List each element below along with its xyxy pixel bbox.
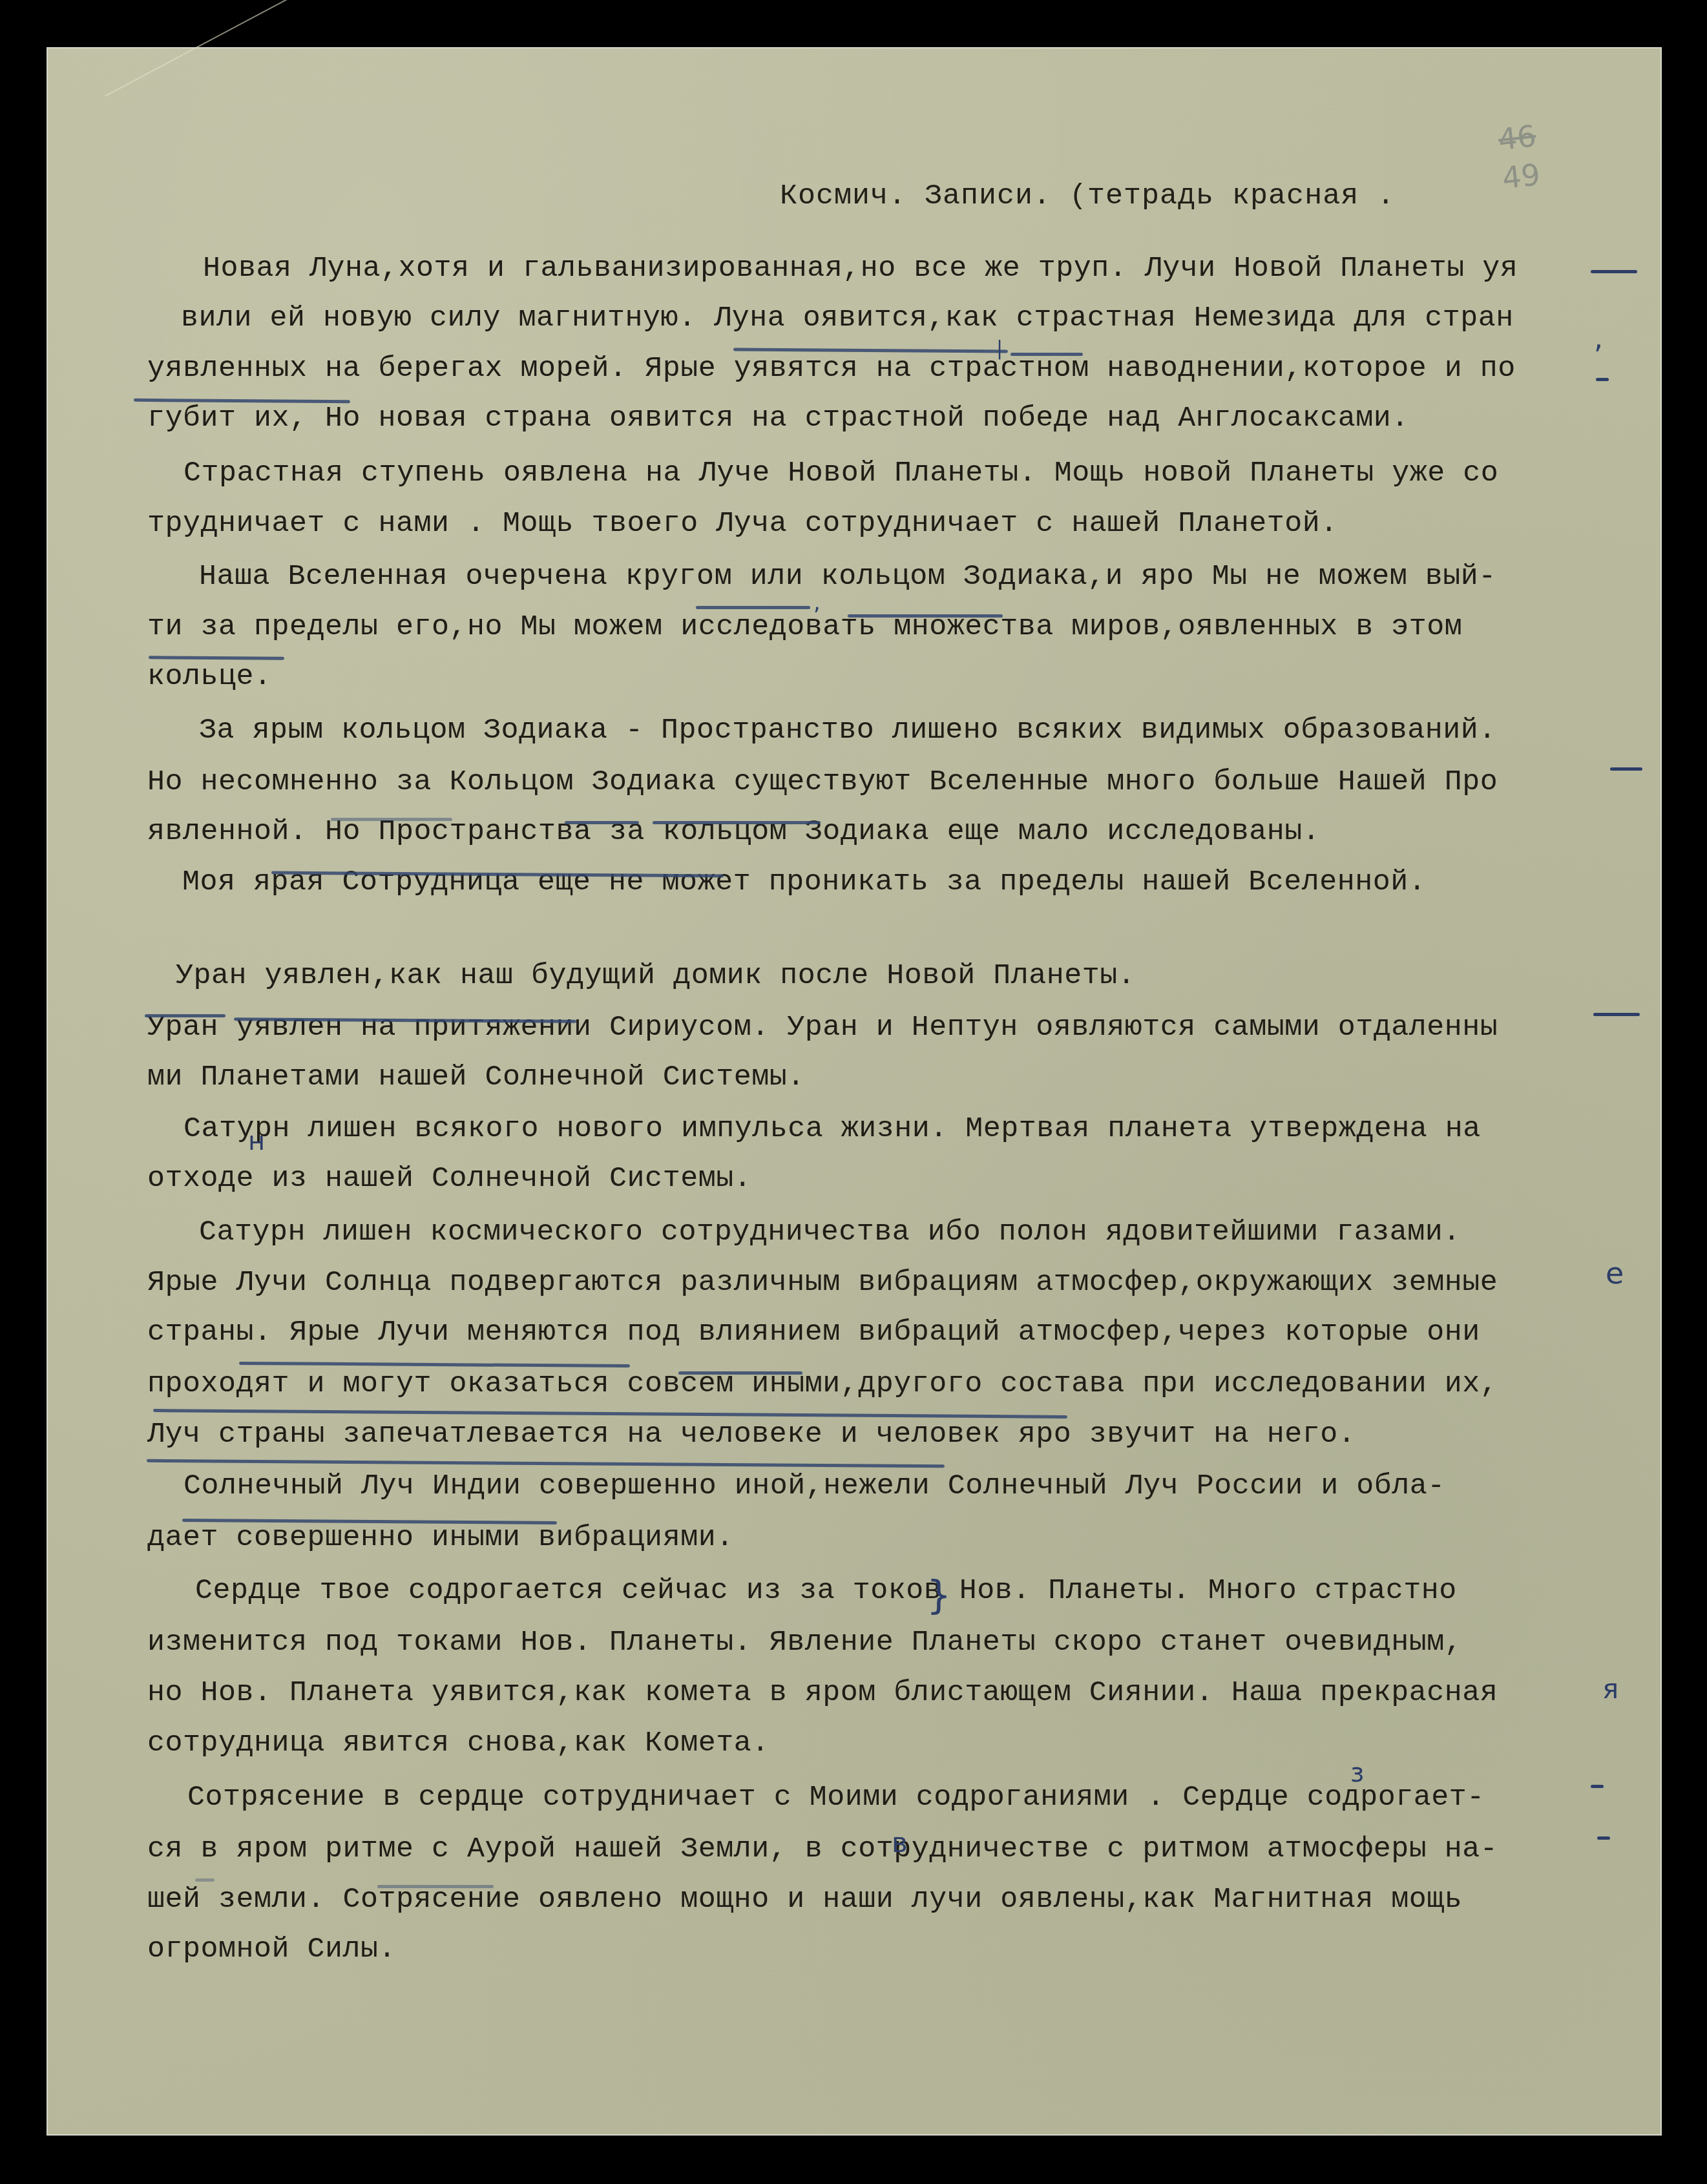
document-title: Космич. Записи. (тетрадь красная .: [780, 180, 1395, 213]
text-line: губит их, Но новая страна оявится на стр…: [147, 399, 1409, 438]
handwritten-underline: [331, 818, 452, 821]
text-line: ми Планетами нашей Солнечной Системы.: [147, 1058, 805, 1097]
handwritten-tick-mark: |: [996, 335, 1003, 363]
text-line: ся в яром ритме с Аурой нашей Земли, в с…: [147, 1830, 1498, 1869]
text-line: Страстная ступень оявлена на Луче Новой …: [183, 454, 1498, 493]
text-line: дает совершенно иными вибрациями.: [147, 1519, 734, 1557]
text-line: отходе из нашей Солнечной Системы.: [147, 1160, 751, 1198]
page-number-new: 49: [1500, 155, 1542, 198]
text-line: проходят и могут оказаться совсем иными,…: [147, 1365, 1498, 1404]
text-line: Наша Вселенная очерчена кругом или кольц…: [199, 557, 1496, 596]
text-line: Но несомненно за Кольцом Зодиака существ…: [147, 763, 1498, 802]
handwritten-underline: [1011, 353, 1083, 356]
text-line: Сатурн лишен космического сотрудничества…: [199, 1213, 1461, 1252]
handwritten-underline: [678, 1371, 802, 1375]
text-line: кольце.: [147, 658, 272, 696]
text-line: Сотрясение в сердце сотрудничает с Моими…: [187, 1778, 1485, 1817]
margin-hyphen-mark: [1596, 378, 1609, 381]
handwritten-underline: [145, 1014, 225, 1017]
handwritten-underline: [696, 606, 810, 609]
handwritten-underline: [653, 821, 821, 824]
handwritten-insertion-mark: }: [927, 1581, 951, 1610]
text-line: вили ей новую силу магнитную. Луна оявит…: [181, 299, 1514, 338]
text-line: уявленных на берегах морей. Ярые уявятся…: [147, 349, 1516, 388]
handwritten-comma-mark: ,: [813, 588, 821, 617]
margin-hyphen-mark: [1610, 767, 1642, 771]
handwritten-underline: [195, 1878, 215, 1882]
handwritten-page-number: 46 49: [1496, 116, 1542, 197]
text-line: ти за пределы его,но Мы можем исследоват…: [147, 608, 1462, 647]
handwritten-letter-correction: н: [248, 1127, 265, 1156]
text-line: изменится под токами Нов. Планеты. Явлен…: [147, 1623, 1462, 1662]
text-line: Ярые Лучи Солнца подвергаются различным …: [147, 1264, 1498, 1302]
text-line: страны. Ярые Лучи меняются под влиянием …: [147, 1313, 1480, 1352]
margin-hyphen-mark: [1591, 270, 1637, 273]
text-line: сотрудница явится снова,как Комета.: [147, 1724, 770, 1763]
text-line: Уран уявлен,как наш будущий домик после …: [176, 957, 1135, 995]
text-line: Новая Луна,хотя и гальванизированная,но …: [203, 249, 1518, 288]
handwritten-letter-correction: в: [892, 1829, 908, 1857]
text-line: За ярым кольцом Зодиака - Пространство л…: [199, 711, 1496, 750]
text-line: Солнечный Луч Индии совершенно иной,неже…: [183, 1467, 1445, 1506]
text-line: но Нов. Планета уявится,как комета в яро…: [147, 1674, 1498, 1712]
margin-hyphen-mark: [1593, 1013, 1640, 1016]
handwritten-comma-mark: ,: [1594, 325, 1603, 353]
text-line: Уран уявлен на притяжении Сириусом. Уран…: [147, 1008, 1498, 1047]
text-line: трудничает с нами . Мощь твоего Луча сот…: [147, 504, 1338, 543]
paper-fold-crease: [105, 0, 333, 97]
handwritten-letter-correction: я: [1602, 1675, 1618, 1703]
handwritten-letter-correction: е: [1606, 1259, 1624, 1287]
handwritten-underline: [377, 1885, 494, 1888]
margin-hyphen-mark: [1591, 1785, 1604, 1788]
text-line: Луч страны запечатлевается на человеке и…: [147, 1415, 1356, 1454]
text-line: шей земли. Сотрясение оявлено мощно и на…: [147, 1880, 1462, 1919]
handwritten-underline: [565, 821, 639, 824]
text-line: Моя ярая Сотрудница еще не может проника…: [182, 863, 1426, 902]
text-line: Сердце твое содрогается сейчас из за ток…: [195, 1572, 1457, 1610]
text-line: огромной Силы.: [147, 1930, 396, 1969]
margin-hyphen-mark: [1597, 1836, 1610, 1840]
handwritten-underline: [848, 614, 1003, 618]
document-page: 46 49 Космич. Записи. (тетрадь красная .…: [47, 47, 1662, 2136]
page-number-old: 46: [1496, 116, 1538, 159]
text-line: явленной. Но Пространства за кольцом Зод…: [147, 813, 1320, 851]
text-line: Сатурн лишен всякого нового импульса жиз…: [183, 1110, 1481, 1149]
handwritten-letter-correction: з: [1350, 1759, 1364, 1787]
